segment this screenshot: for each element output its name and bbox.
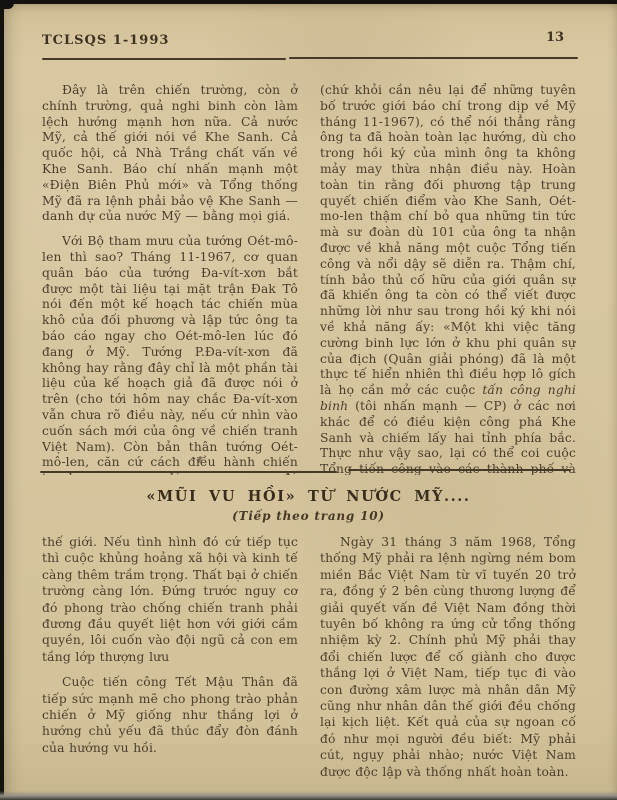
paragraph: thế giới. Nếu tình hình đó cứ tiếp tục t… — [42, 534, 298, 665]
top-left-column: Đây là trên chiến trường, còn ở chính tr… — [42, 83, 298, 475]
section-subtitle: (Tiếp theo trang 10) — [40, 509, 577, 523]
bottom-left-column: thế giới. Nếu tình hình đó cứ tiếp tục t… — [42, 534, 298, 790]
paragraph-segment: (tôi nhấn mạnh — CP) ở các nơi khác để c… — [320, 399, 576, 475]
scan-edge-left — [0, 0, 4, 800]
paragraph: Cuộc tiến công Tết Mậu Thân đã tiếp sức … — [42, 674, 298, 756]
scanned-journal-page: TCLSQS 1-1993 13 Đây là trên chiến trườn… — [0, 0, 617, 800]
scan-edge-top — [0, 0, 617, 4]
header-rule-right — [289, 57, 578, 59]
top-right-column: (chứ khỏi cần nêu lại để những tuyên bố … — [320, 83, 576, 475]
bottom-right-column: Ngày 31 tháng 3 năm 1968, Tổng thống Mỹ … — [320, 534, 576, 790]
header-rule-left — [42, 58, 286, 60]
paragraph: Ngày 31 tháng 3 năm 1968, Tổng thống Mỹ … — [320, 534, 576, 780]
section-rule-left — [40, 471, 337, 473]
section-title: «MŨI VU HỒI» TỪ NƯỚC MỸ.... — [40, 488, 577, 505]
scan-edge-bottom — [0, 791, 617, 800]
scan-edge-corner — [0, 0, 14, 9]
paragraph: Đây là trên chiến trường, còn ở chính tr… — [42, 83, 298, 225]
paragraph: Với Bộ tham mưu của tướng Oét-mô-len thì… — [42, 234, 298, 475]
section-rule-right — [348, 469, 571, 471]
journal-title: TCLSQS 1-1993 — [42, 33, 169, 48]
paragraph-segment: (chứ khỏi cần nêu lại để những tuyên bố … — [320, 83, 576, 397]
paragraph: (chứ khỏi cần nêu lại để những tuyên bố … — [320, 83, 576, 475]
page-number: 13 — [546, 30, 564, 45]
